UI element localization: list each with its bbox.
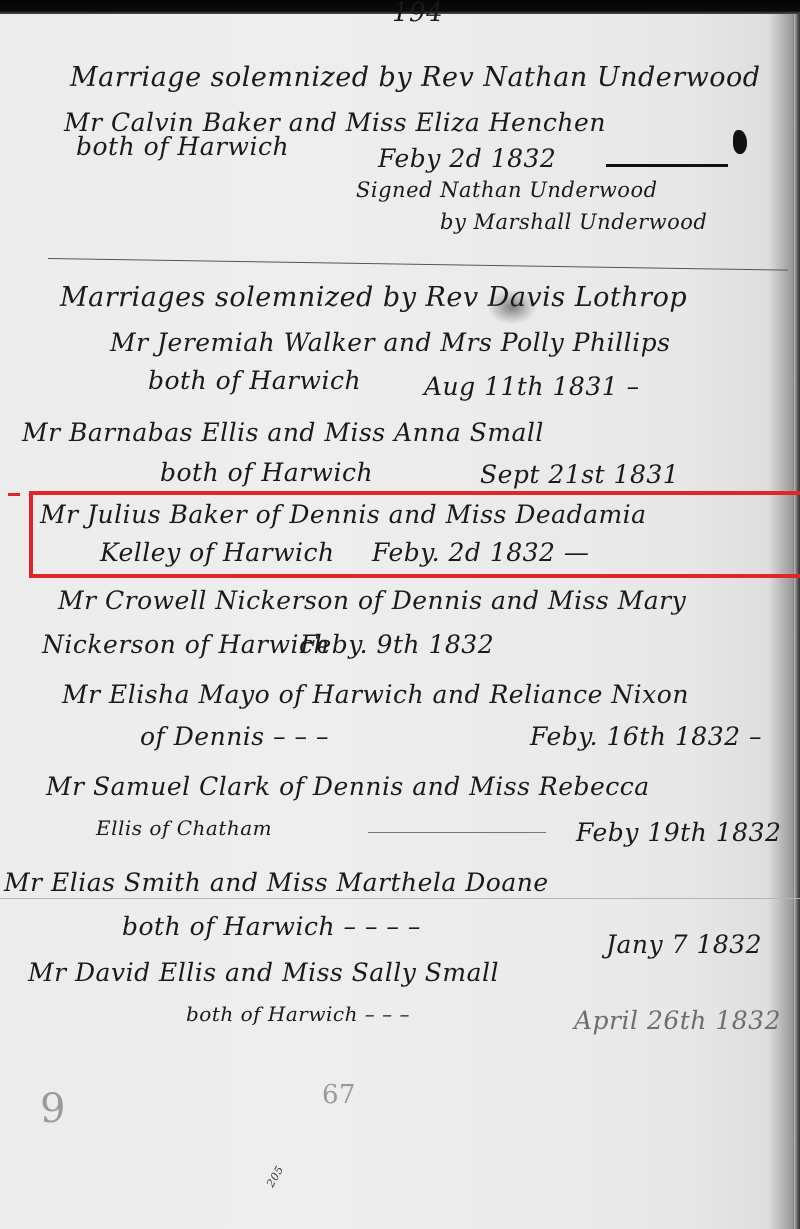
entry-ellis-residence: both of Harwich [160,458,373,487]
entry-david-ellis-names: Mr David Ellis and Miss Sally Small [28,958,499,987]
entry-walker-date: Aug 11th 1831 – [424,372,640,401]
entry-1-residence: both of Harwich [76,132,289,161]
entry-david-ellis-residence: both of Harwich – – – [186,1002,410,1026]
entry-ellis-date: Sept 21st 1831 [480,460,679,489]
entry-smith-residence: both of Harwich – – – – [122,912,421,941]
page-number: 194 [392,0,443,28]
entry-walker-residence: both of Harwich [148,366,361,395]
entry-clark-residence: Ellis of Chatham [96,816,272,840]
highlight-marker [8,493,20,496]
entry-clark-date: Feby 19th 1832 [576,818,781,847]
entry-clark-dash [368,832,546,833]
entry-mayo-names: Mr Elisha Mayo of Harwich and Reliance N… [62,680,689,709]
ink-dash [606,164,728,167]
entry-smith-date: Jany 7 1832 [606,930,762,959]
pencil-note-left: 9 [40,1086,66,1132]
section-1-heading: Marriage solemnized by Rev Nathan Underw… [70,62,761,93]
entry-clark-names: Mr Samuel Clark of Dennis and Miss Rebec… [46,772,650,801]
ink-blot [733,130,747,154]
entry-walker-names: Mr Jeremiah Walker and Mrs Polly Phillip… [110,328,670,357]
entry-baker-residence: Kelley of Harwich [100,538,335,567]
pencil-note-center: 67 [322,1080,356,1110]
faint-ruled-line [0,898,800,899]
signature-line-2: by Marshall Underwood [440,210,707,234]
entry-nickerson-names: Mr Crowell Nickerson of Dennis and Miss … [58,586,686,615]
signature-line-1: Signed Nathan Underwood [356,178,658,202]
entry-nickerson-date: Feby. 9th 1832 [300,630,494,659]
entry-1-date: Feby 2d 1832 [378,144,556,173]
entry-baker-names: Mr Julius Baker of Dennis and Miss Deada… [40,500,647,529]
book-binding-edge [794,14,800,1229]
entry-nickerson-residence: Nickerson of Harwich [42,630,330,659]
entry-ellis-names: Mr Barnabas Ellis and Miss Anna Small [22,418,544,447]
entry-mayo-date: Feby. 16th 1832 – [530,722,762,751]
entry-baker-date: Feby. 2d 1832 — [372,538,589,567]
entry-mayo-residence: of Dennis – – – [140,722,329,751]
entry-smith-names: Mr Elias Smith and Miss Marthela Doane [4,868,549,897]
entry-david-ellis-date: April 26th 1832 [574,1006,781,1035]
section-2-heading: Marriages solemnized by Rev Davis Lothro… [60,282,687,313]
